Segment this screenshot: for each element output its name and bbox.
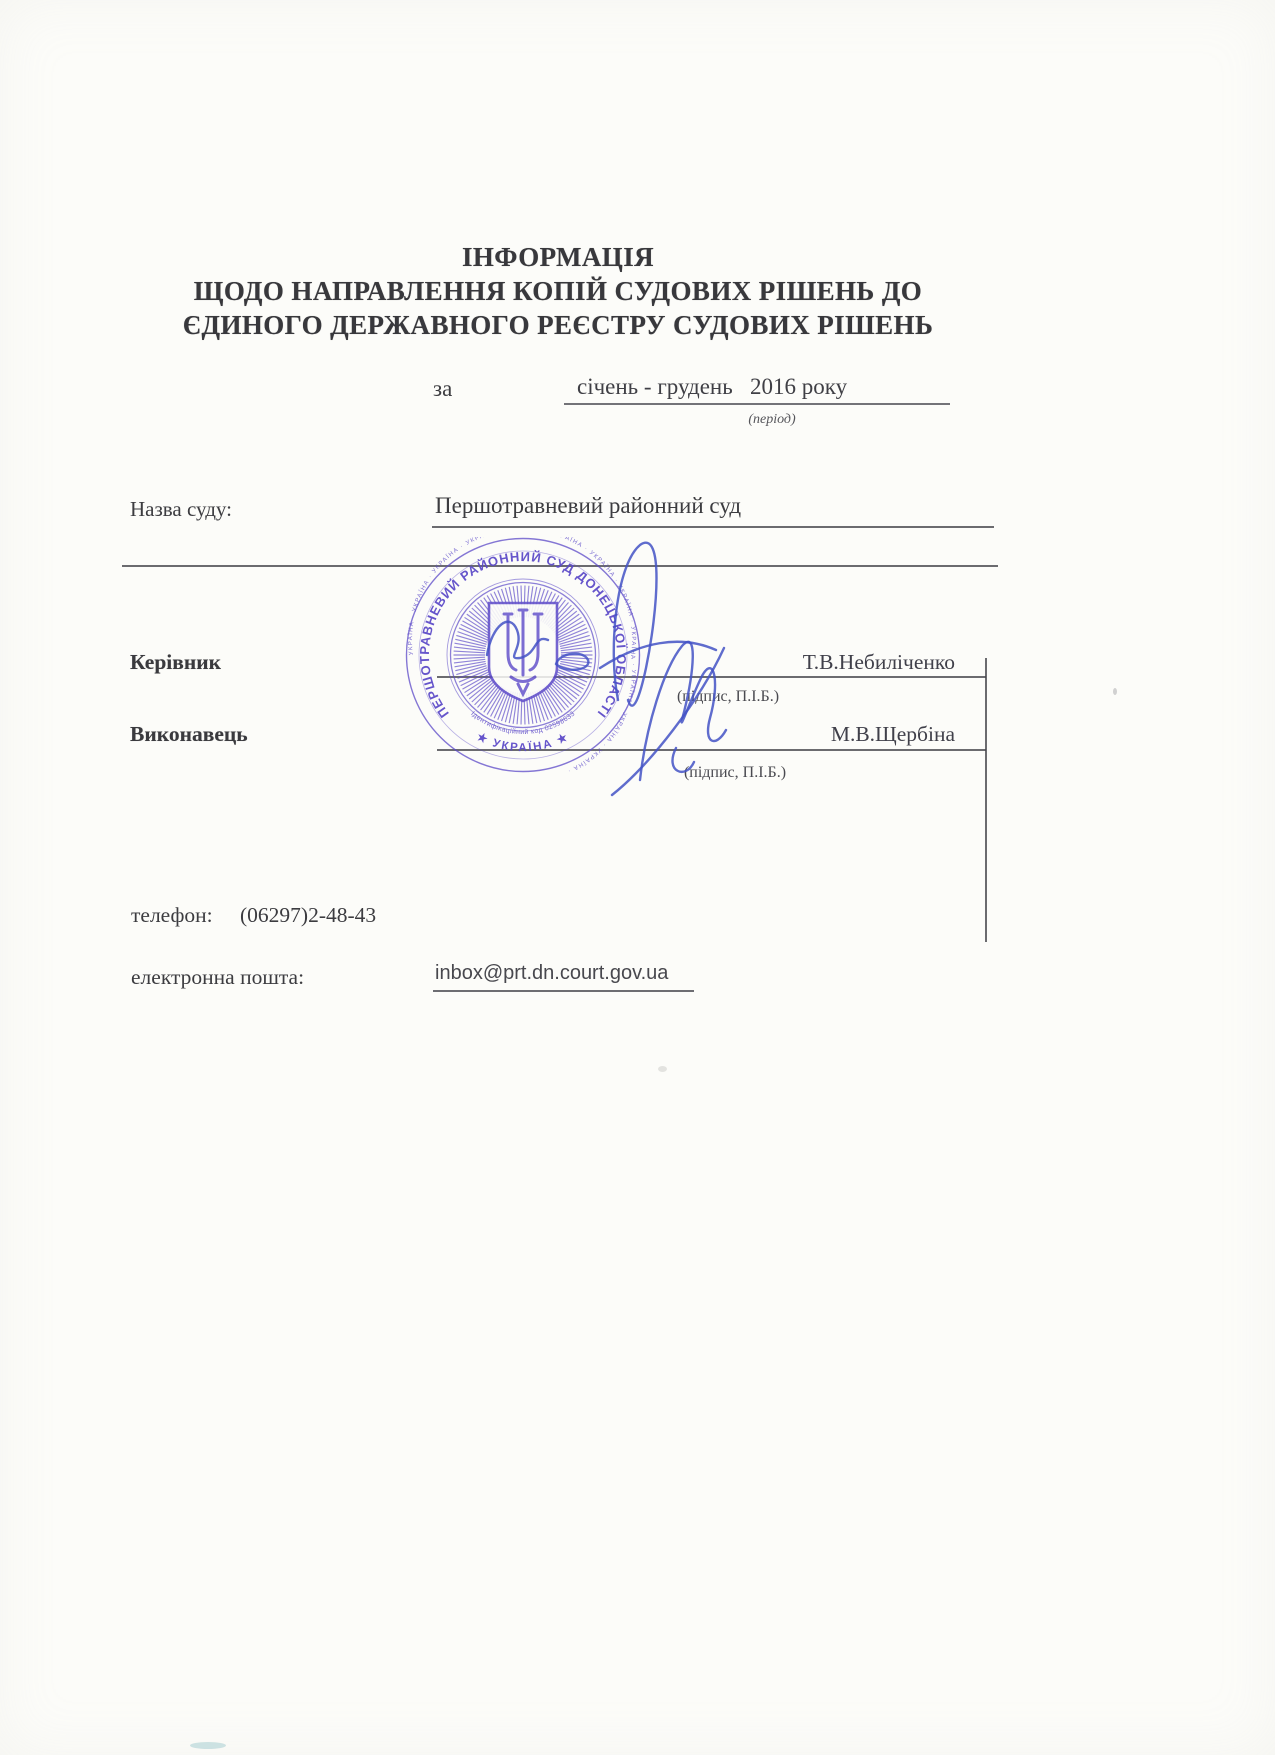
vykonavets-name: М.В.Щербіна bbox=[700, 722, 955, 747]
seal-ident-code-text: Ідентифікаційний код 02598633 bbox=[469, 710, 576, 736]
period-caption: (період) bbox=[672, 412, 872, 428]
scanned-court-report-page: ІНФОРМАЦІЯ ЩОДО НАПРАВЛЕННЯ КОПІЙ СУДОВИ… bbox=[0, 0, 1275, 1755]
document-title: ІНФОРМАЦІЯ ЩОДО НАПРАВЛЕННЯ КОПІЙ СУДОВИ… bbox=[138, 240, 978, 342]
court-name-label: Назва суду: bbox=[130, 497, 232, 522]
period-underline bbox=[564, 403, 950, 405]
kerivnyk-label: Керівник bbox=[130, 650, 221, 675]
scan-artifact-dot bbox=[1113, 688, 1117, 695]
trident-shield-icon bbox=[489, 603, 557, 701]
period-value: січень - грудень 2016 року bbox=[577, 374, 847, 400]
court-seal-icon: УКРАЇНА · УКРАЇНА · УКРАЇНА · УКРАЇНА · … bbox=[405, 537, 641, 773]
period-prefix: за bbox=[433, 376, 452, 402]
court-name-underline bbox=[432, 526, 994, 528]
email-value: inbox@prt.dn.court.gov.ua bbox=[433, 962, 694, 992]
title-line-2: ЩОДО НАПРАВЛЕННЯ КОПІЙ СУДОВИХ РІШЕНЬ ДО bbox=[138, 274, 978, 308]
scan-artifact-smudge bbox=[190, 1742, 226, 1749]
scan-artifact-dot bbox=[658, 1066, 667, 1072]
title-line-1: ІНФОРМАЦІЯ bbox=[138, 240, 978, 274]
phone-value: (06297)2-48-43 bbox=[240, 903, 376, 928]
kerivnyk-name: Т.В.Небиліченко bbox=[700, 650, 955, 675]
phone-label: телефон: bbox=[131, 903, 213, 928]
vykonavets-label: Виконавець bbox=[130, 722, 248, 747]
title-line-3: ЄДИНОГО ДЕРЖАВНОГО РЕЄСТРУ СУДОВИХ РІШЕН… bbox=[138, 308, 978, 342]
right-table-border-line bbox=[985, 658, 987, 942]
email-label: електронна пошта: bbox=[131, 965, 304, 990]
court-name-value: Першотравневий районний суд bbox=[435, 493, 741, 519]
